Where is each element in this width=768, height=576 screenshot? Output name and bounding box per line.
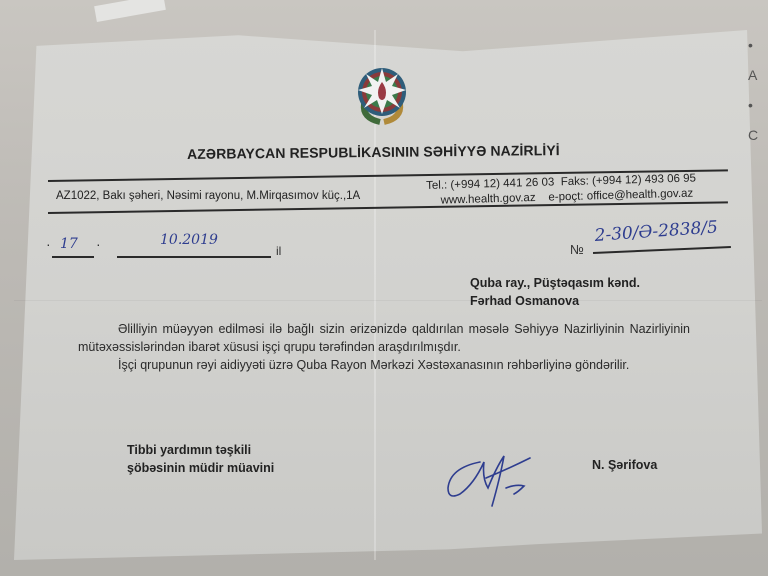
year-suffix: il — [276, 244, 281, 258]
email-address: e-poçt: office@health.gov.az — [548, 188, 693, 204]
ministry-address: AZ1022, Bakı şəheri, Nəsimi rayonu, M.Mi… — [56, 190, 360, 202]
date-month-year: 10.2019 — [160, 232, 218, 248]
body-paragraph-1: Əlilliyin müəyyən edilməsi ilə bağlı siz… — [78, 320, 690, 356]
signer-name: N. Şərifova — [592, 458, 657, 472]
letter-body: Əlilliyin müəyyən edilməsi ilə bağlı siz… — [78, 320, 690, 374]
signer-title-line-2: şöbəsinin müdir müavini — [127, 459, 274, 477]
paper-fold-horizontal — [14, 300, 762, 301]
emblem-icon — [350, 62, 414, 126]
date-bullet-left: · — [46, 236, 51, 252]
recipient-name: Fərhad Osmanova — [470, 292, 640, 310]
phone-number: Tel.: (+994 12) 441 26 03 — [426, 176, 554, 192]
date-day: 17 — [60, 236, 78, 252]
date-bullet-right: · — [96, 236, 101, 252]
fax-number: Faks: (+994 12) 493 06 95 — [561, 172, 697, 188]
recipient-address: Quba ray., Püştəqasım kənd. — [470, 274, 640, 292]
signer-title-line-1: Tibbi yardımın təşkili — [127, 441, 274, 459]
paper-scrap — [94, 0, 166, 22]
body-paragraph-2: İşçi qrupunun rəyi aidiyyəti üzrə Quba R… — [78, 356, 690, 374]
date-month-underline — [117, 256, 271, 258]
signer-title: Tibbi yardımın təşkili şöbəsinin müdir m… — [127, 441, 274, 477]
date-day-underline — [52, 256, 94, 258]
website-link: www.health.gov.az — [440, 192, 535, 207]
number-label: № — [570, 242, 584, 257]
background-text-fragment: •A•C — [748, 30, 768, 160]
recipient-block: Quba ray., Püştəqasım kənd. Fərhad Osman… — [470, 274, 640, 310]
signature-icon — [440, 448, 550, 510]
